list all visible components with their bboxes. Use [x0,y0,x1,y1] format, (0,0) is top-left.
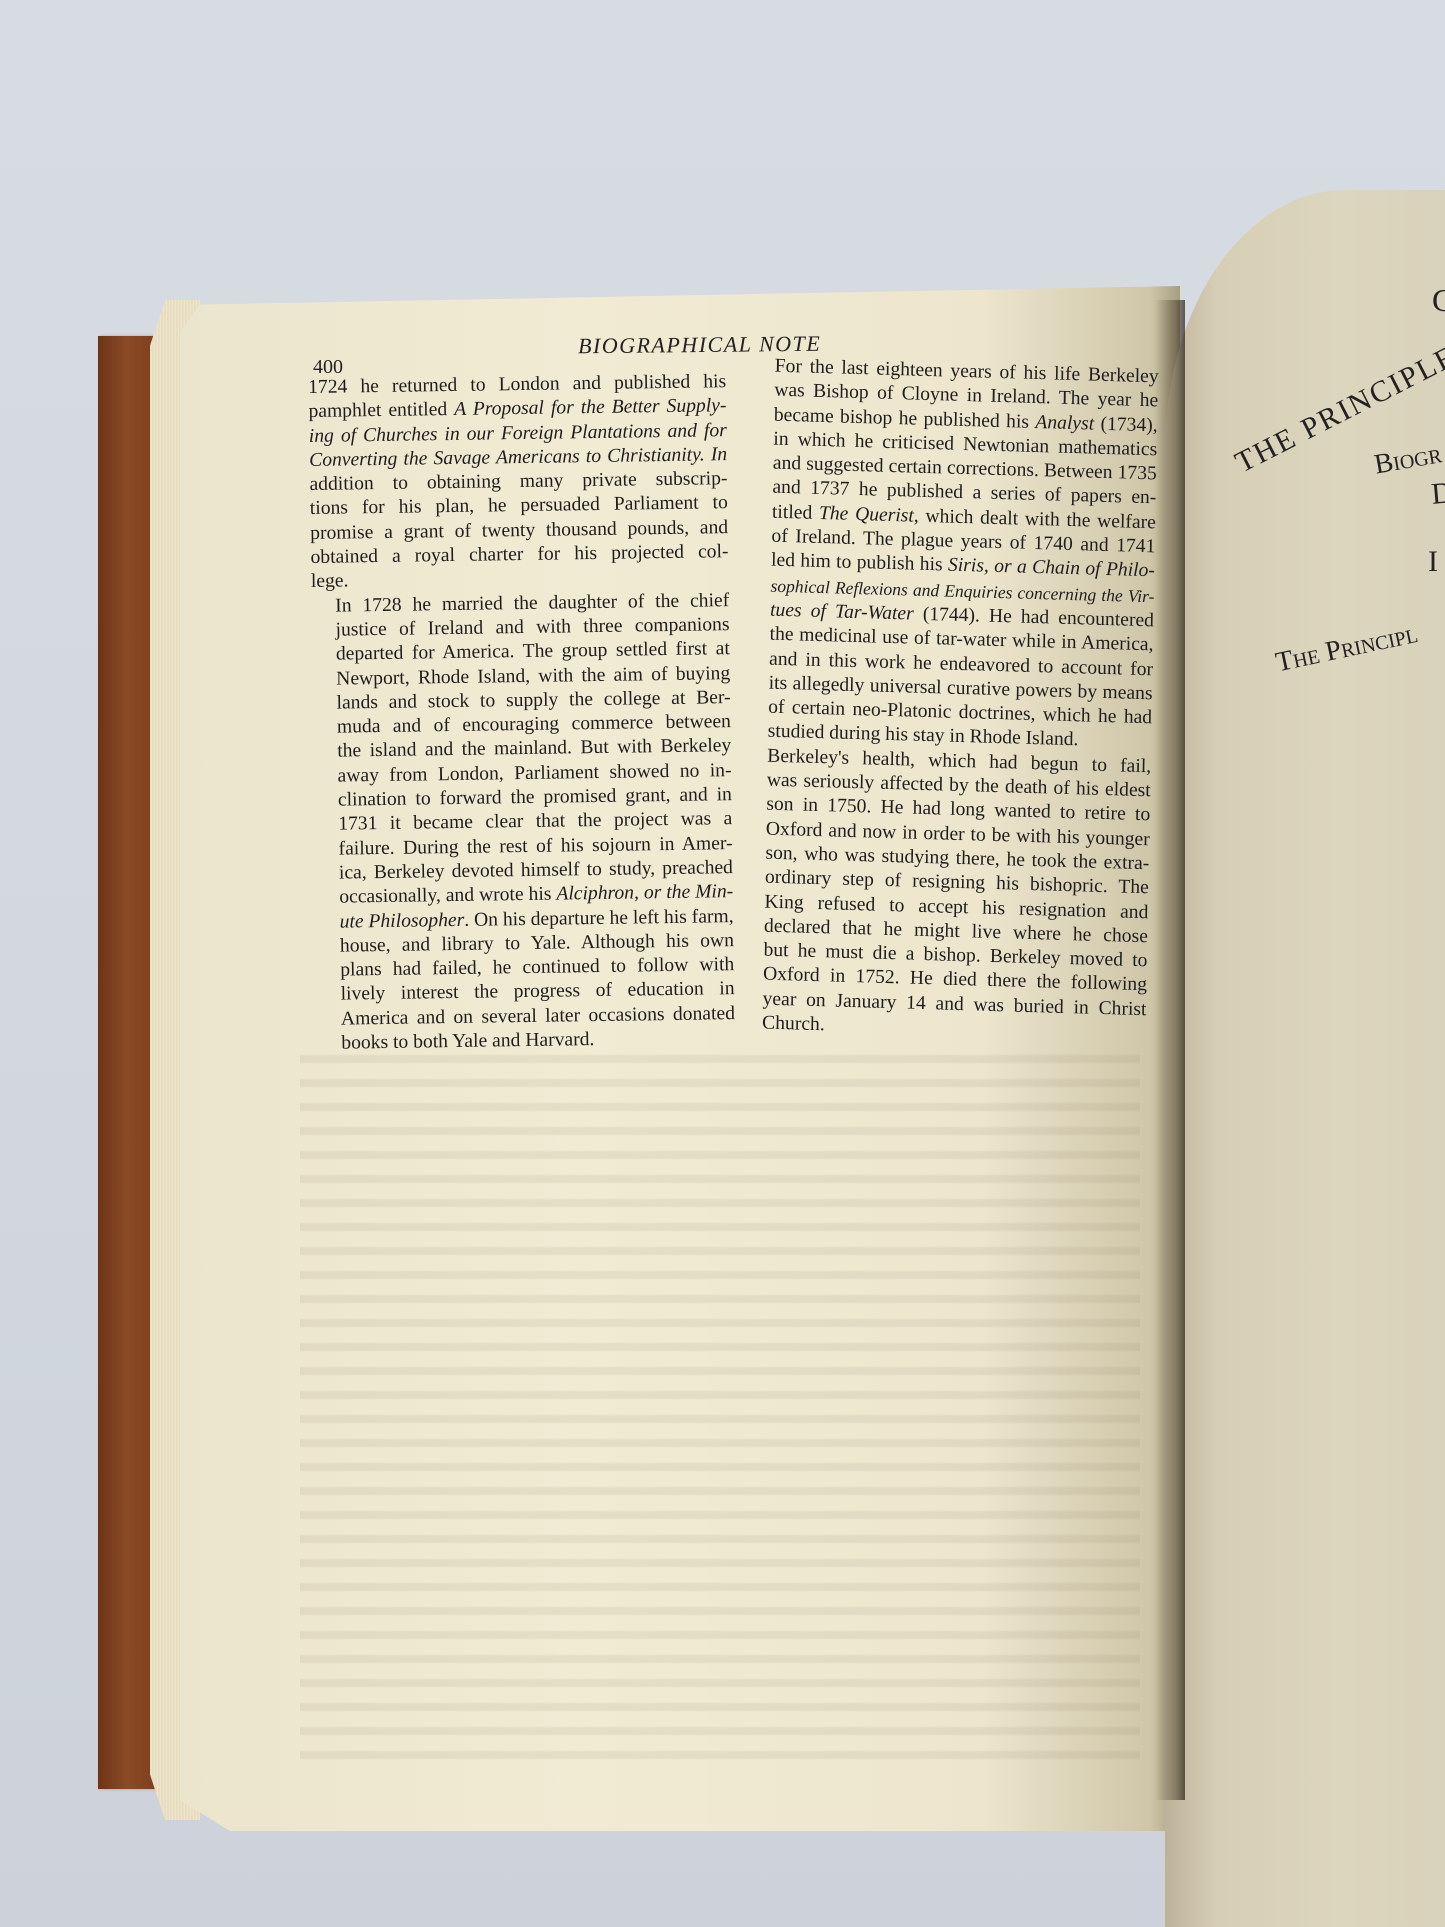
paragraph: For the last eighteen years of his life … [744,354,1159,755]
contents-entry-i: I [1428,545,1438,579]
book-gutter [1155,300,1185,1800]
contents-entry-d: D [1430,476,1445,512]
show-through-text [300,1040,1140,1760]
paragraph: In 1728 he married the daughter of the c… [311,589,735,1056]
left-text-column: 1724 he returned to London and published… [308,370,735,1056]
contents-heading-fragment: C [1432,282,1445,319]
paragraph: Berkeley's health, which had begun to fa… [738,744,1151,1047]
right-text-column: For the last eighteen years of his life … [738,354,1159,1047]
paragraph: 1724 he returned to London and published… [308,370,729,594]
